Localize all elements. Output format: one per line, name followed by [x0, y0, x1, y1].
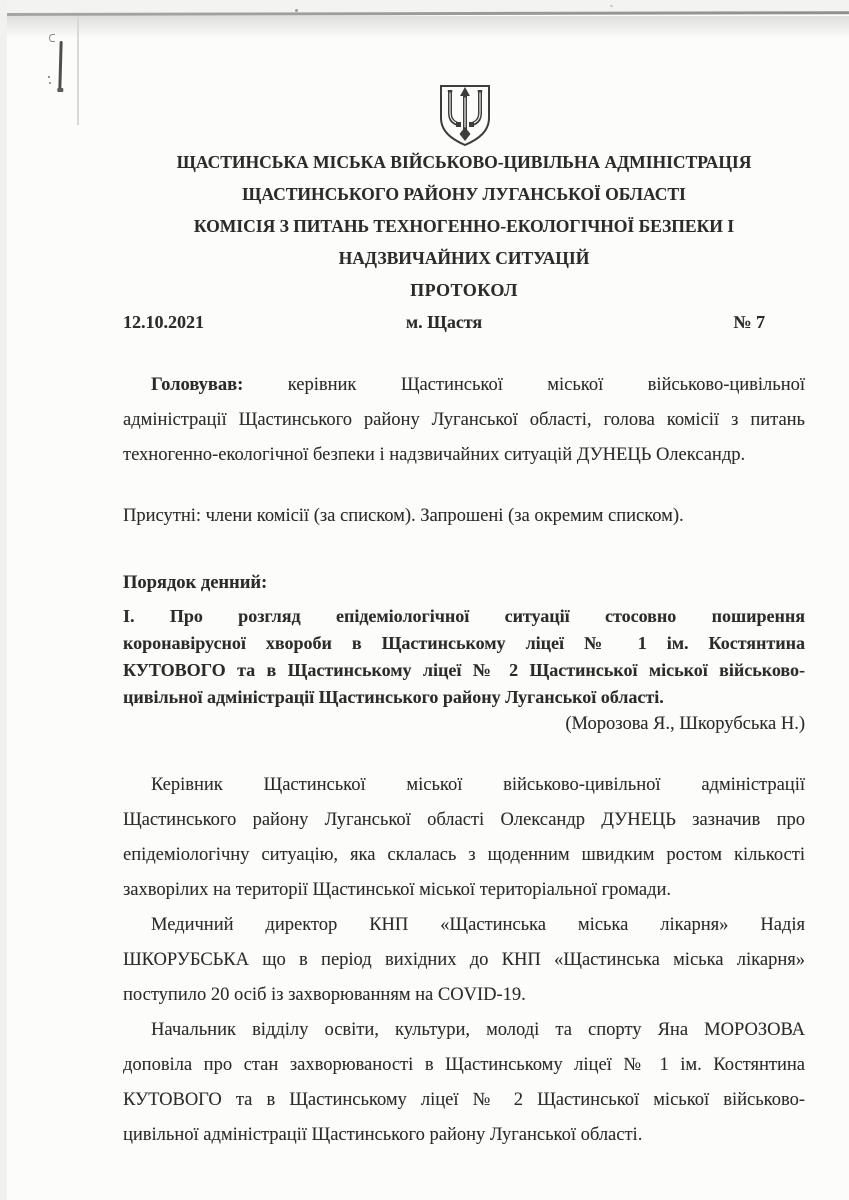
org-name-line-3: КОМІСІЯ З ПИТАНЬ ТЕХНОГЕННО-ЕКОЛОГІЧНОЇ …	[123, 210, 805, 242]
agenda-item-1: I. Про розгляд епідеміологічної ситуації…	[123, 603, 805, 711]
paragraph-line: коронавірусної хвороби в Щастинському лі…	[123, 630, 805, 657]
paragraph-line: Керівник Щастинської міської військово-ц…	[123, 768, 805, 803]
document-place: м. Щастя	[337, 306, 551, 338]
document-number: № 7	[551, 306, 805, 338]
chaired-paragraph: Головував: керівник Щастинської міської …	[123, 368, 805, 473]
scan-edge-top-shadow	[0, 16, 849, 38]
paragraph-line: доповіла про стан захворюваності в Щасти…	[123, 1048, 805, 1083]
chaired-line1-rest: керівник Щастинської міської військово-ц…	[288, 375, 805, 395]
paragraph-line: Головував: керівник Щастинської міської …	[123, 368, 805, 403]
org-name-line-1: ЩАСТИНСЬКА МІСЬКА ВІЙСЬКОВО-ЦИВІЛЬНА АДМ…	[123, 146, 805, 178]
agenda-speakers: (Морозова Я., Шкорубська Н.)	[123, 711, 805, 738]
paragraph-line: цивільної адміністрації Щастинського рай…	[123, 684, 805, 711]
body-paragraph-1: Керівник Щастинської міської військово-ц…	[123, 768, 805, 908]
paragraph-line: КУТОВОГО та в Щастинському ліцеї № 2 Щас…	[123, 657, 805, 684]
scan-edge-left	[0, 0, 7, 1200]
meta-row: 12.10.2021 м. Щастя № 7	[123, 306, 805, 338]
chaired-label: Головував:	[151, 375, 243, 395]
present-paragraph: Присутні: члени комісії (за списком). За…	[123, 499, 805, 534]
paragraph-line: ШКОРУБСЬКА що в період вихідних до КНП «…	[123, 943, 805, 978]
paragraph-line: Присутні: члени комісії (за списком). За…	[123, 499, 805, 534]
scan-noise-mark	[48, 76, 50, 78]
paragraph-line: цивільної адміністрації Щастинського рай…	[123, 1118, 805, 1153]
paragraph-line: КУТОВОГО та в Щастинському ліцеї № 2 Щас…	[123, 1083, 805, 1118]
paragraph-line: Медичний директор КНП «Щастинська міська…	[123, 908, 805, 943]
agenda-heading: Порядок денний:	[123, 566, 805, 601]
document-date: 12.10.2021	[123, 306, 337, 338]
paragraph-line: техногенно-екологічної безпеки і надзвич…	[123, 438, 805, 473]
scan-dust-speck	[295, 9, 298, 12]
scan-noise-mark	[49, 34, 55, 42]
body-paragraph-3: Начальник відділу освіти, культури, моло…	[123, 1013, 805, 1153]
paragraph-line: адміністрації Щастинського району Луганс…	[123, 403, 805, 438]
paragraph-line: захворілих на території Щастинської місь…	[123, 873, 805, 908]
document-type-title: ПРОТОКОЛ	[123, 274, 805, 306]
scan-page-left-edge-line	[77, 17, 79, 125]
document-content: ЩАСТИНСЬКА МІСЬКА ВІЙСЬКОВО-ЦИВІЛЬНА АДМ…	[123, 146, 805, 1153]
paragraph-line: епідеміологічну ситуацію, яка склалась з…	[123, 838, 805, 873]
scanned-document-page: ЩАСТИНСЬКА МІСЬКА ВІЙСЬКОВО-ЦИВІЛЬНА АДМ…	[0, 0, 849, 1200]
org-name-line-4: НАДЗВИЧАЙНИХ СИТУАЦІЙ	[123, 242, 805, 274]
org-name-line-2: ЩАСТИНСЬКОГО РАЙОНУ ЛУГАНСЬКОЇ ОБЛАСТІ	[123, 178, 805, 210]
paragraph-line: I. Про розгляд епідеміологічної ситуації…	[123, 603, 805, 630]
ukraine-trident-emblem-icon	[437, 84, 493, 148]
paragraph-line: Начальник відділу освіти, культури, моло…	[123, 1013, 805, 1048]
scan-dust-speck	[610, 5, 613, 7]
body-paragraph-2: Медичний директор КНП «Щастинська міська…	[123, 908, 805, 1013]
paragraph-line: Щастинського району Луганської області О…	[123, 803, 805, 838]
paragraph-line: поступило 20 осіб із захворюванням на CO…	[123, 978, 805, 1013]
pen-stroke-artifact	[58, 41, 62, 89]
